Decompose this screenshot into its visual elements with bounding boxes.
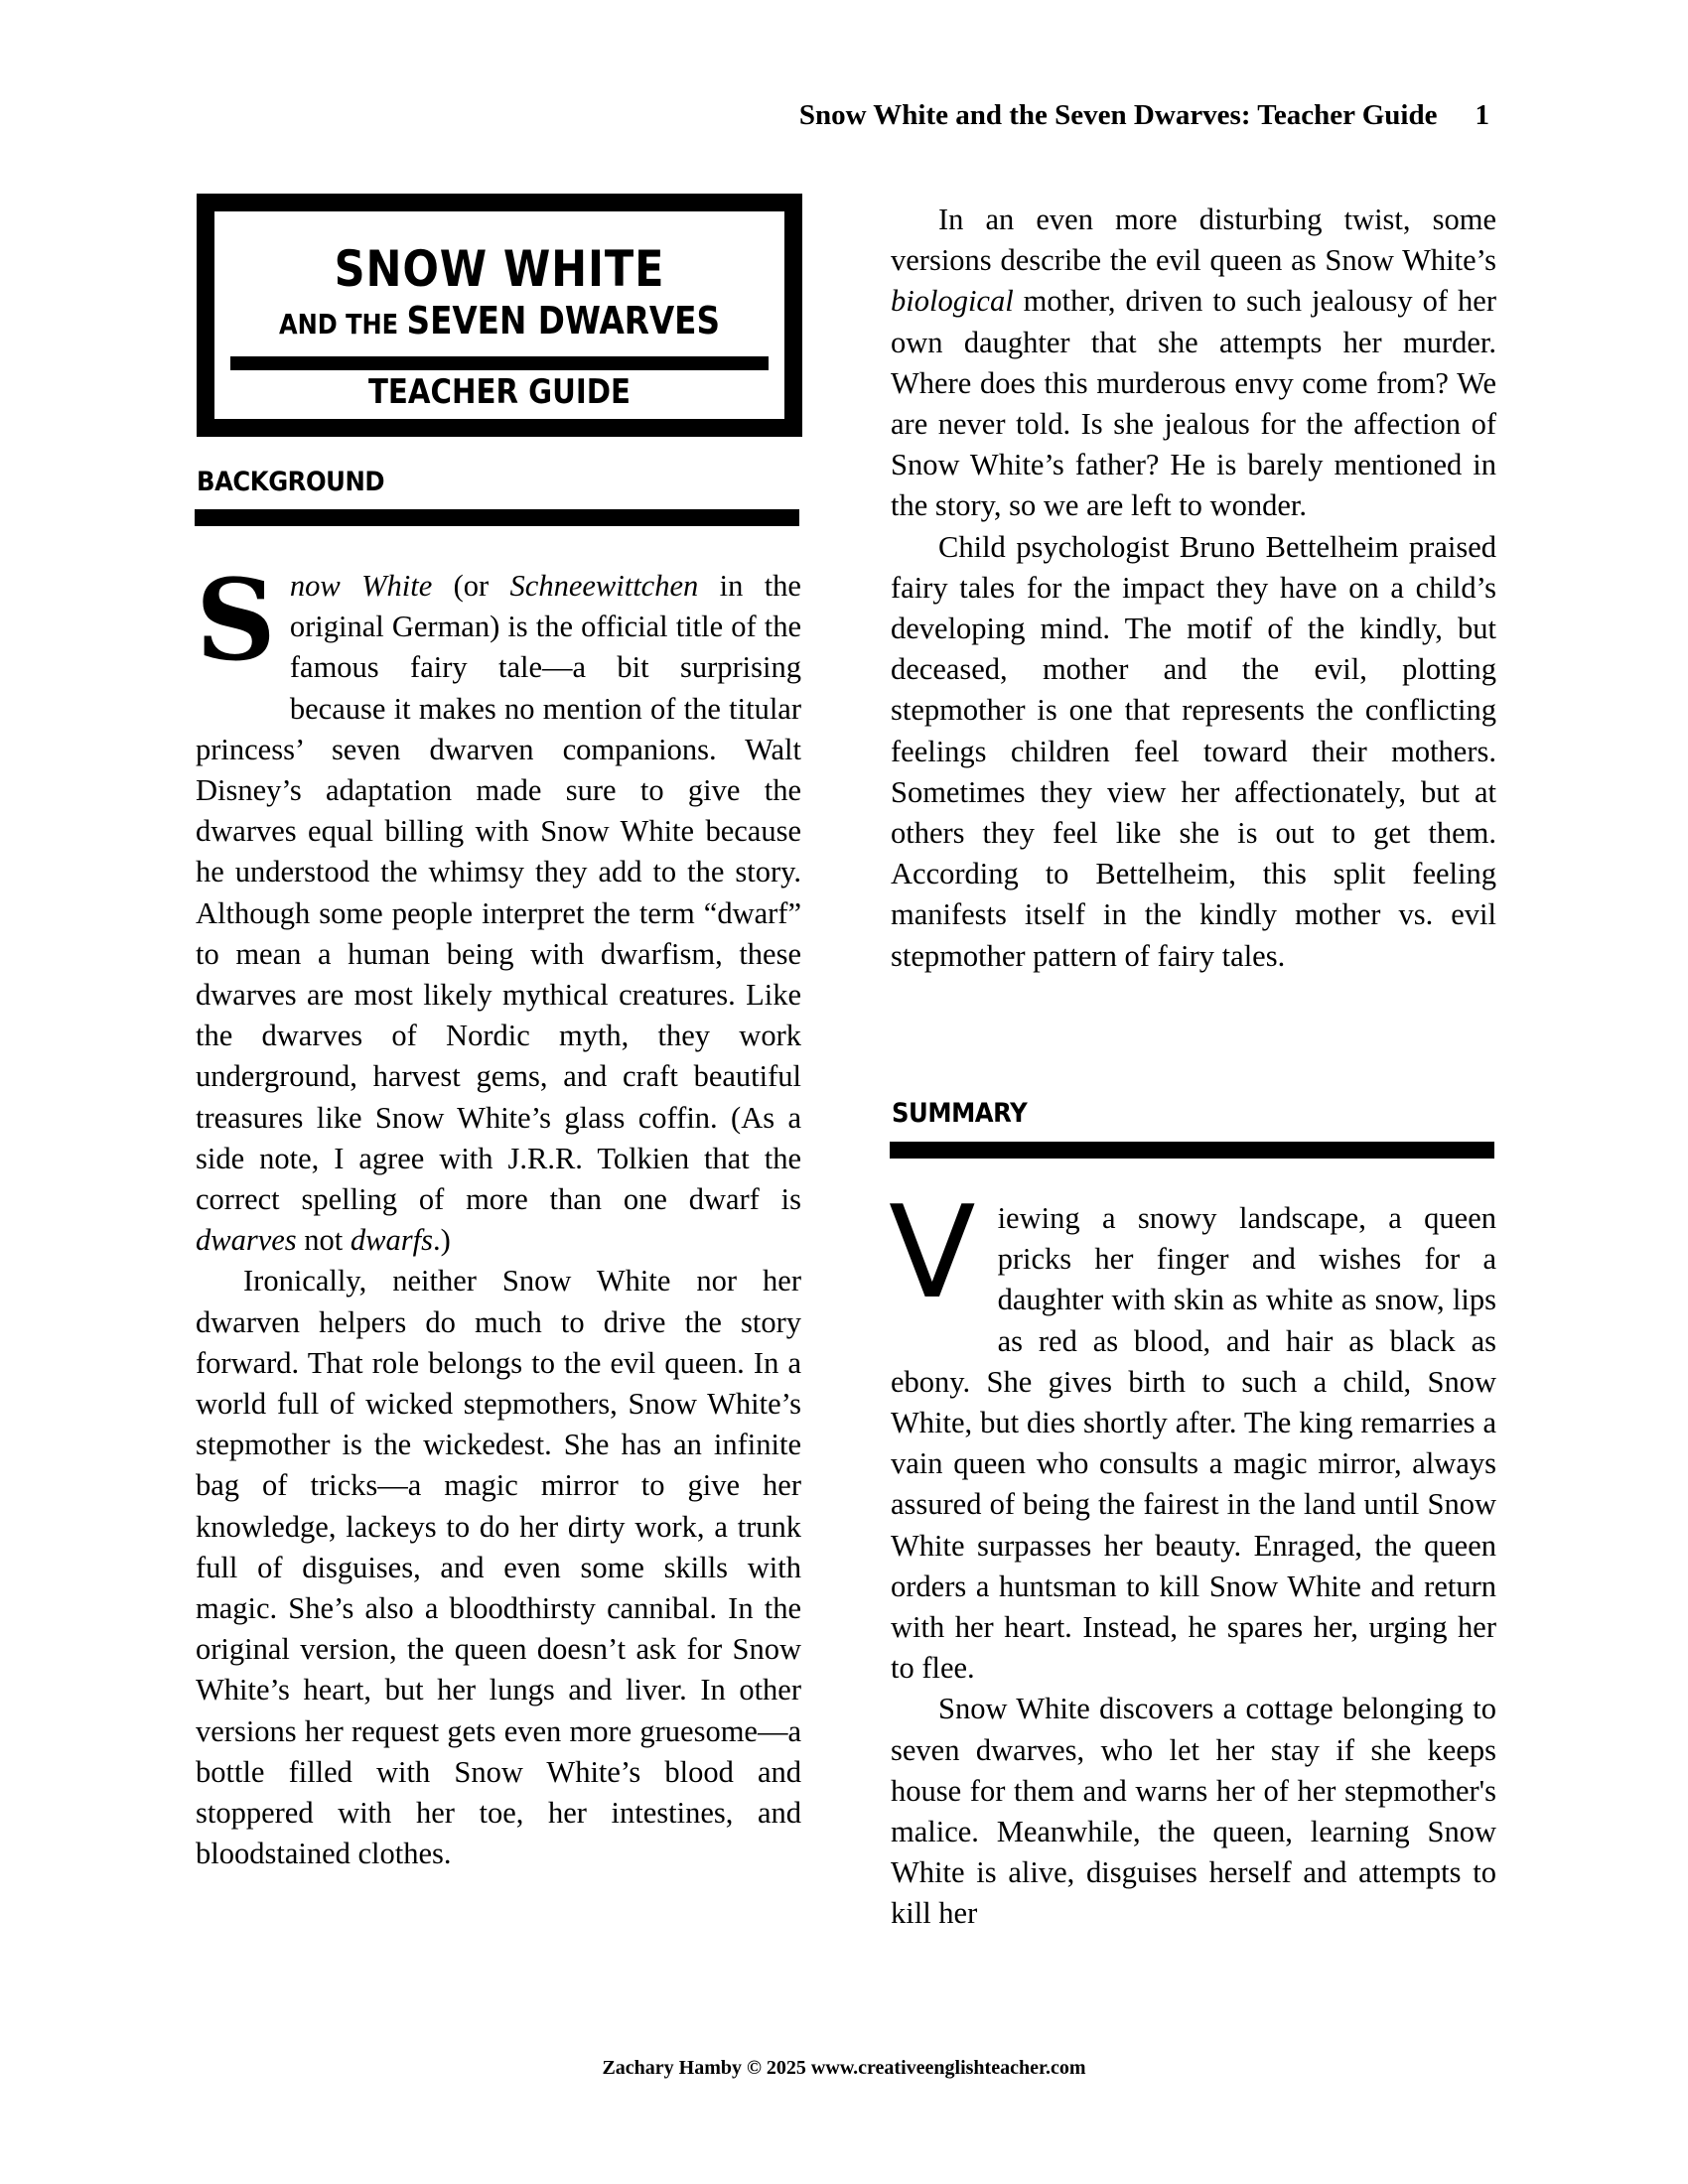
summary-paragraph-1: Viewing a snowy landscape, a queen prick… bbox=[891, 1198, 1496, 1689]
body-text: .) bbox=[433, 1223, 451, 1257]
italic-text: Schneewittchen bbox=[510, 569, 699, 603]
body-text: mother, driven to such jealousy of her o… bbox=[891, 284, 1496, 522]
section-rule-summary bbox=[890, 1142, 1494, 1159]
italic-text: dwarves bbox=[196, 1223, 297, 1257]
background-paragraph-1: Snow White (or Schneewittchen in the ori… bbox=[196, 566, 801, 1261]
dropcap-s: S bbox=[196, 574, 276, 691]
title-box: SNOW WHITE AND THE SEVEN DWARVES TEACHER… bbox=[197, 194, 802, 437]
section-heading-summary: SUMMARY bbox=[892, 1098, 1027, 1129]
title-main: SNOW WHITE bbox=[254, 241, 745, 297]
page-number: 1 bbox=[1476, 99, 1490, 132]
background-paragraph-2: Ironically, neither Snow White nor her d… bbox=[196, 1261, 801, 1874]
running-header: Snow White and the Seven Dwarves: Teache… bbox=[0, 99, 1489, 132]
body-text: in the original German) is the official … bbox=[196, 569, 801, 1216]
dropcap-v: V bbox=[889, 1206, 976, 1323]
running-title: Snow White and the Seven Dwarves: Teache… bbox=[799, 99, 1438, 131]
italic-text: now White bbox=[290, 569, 432, 603]
background-paragraph-4: Child psychologist Bruno Bettelheim prai… bbox=[891, 527, 1496, 977]
column-right: In an even more disturbing twist, some v… bbox=[891, 200, 1496, 977]
page-footer: Zachary Hamby © 2025 www.creativeenglish… bbox=[0, 2057, 1688, 2080]
title-sub-small: AND THE bbox=[279, 308, 407, 341]
body-text: In an even more disturbing twist, some v… bbox=[891, 203, 1496, 277]
title-sub-big: SEVEN DWARVES bbox=[407, 299, 721, 342]
italic-text: biological bbox=[891, 284, 1014, 318]
title-guide: TEACHER GUIDE bbox=[254, 372, 745, 412]
background-paragraph-3: In an even more disturbing twist, some v… bbox=[891, 200, 1496, 527]
italic-text: dwarfs bbox=[351, 1223, 433, 1257]
column-left: Snow White (or Schneewittchen in the ori… bbox=[196, 566, 801, 1875]
title-divider bbox=[230, 356, 769, 370]
column-right-summary: Viewing a snowy landscape, a queen prick… bbox=[891, 1198, 1496, 1935]
summary-paragraph-2: Snow White discovers a cottage belonging… bbox=[891, 1689, 1496, 1934]
section-heading-background: BACKGROUND bbox=[197, 467, 384, 497]
body-text: (or bbox=[432, 569, 509, 603]
section-rule-background bbox=[195, 509, 799, 526]
body-text: iewing a snowy landscape, a queen pricks… bbox=[891, 1201, 1496, 1685]
body-text: not bbox=[297, 1223, 351, 1257]
title-subtitle: AND THE SEVEN DWARVES bbox=[254, 299, 745, 350]
